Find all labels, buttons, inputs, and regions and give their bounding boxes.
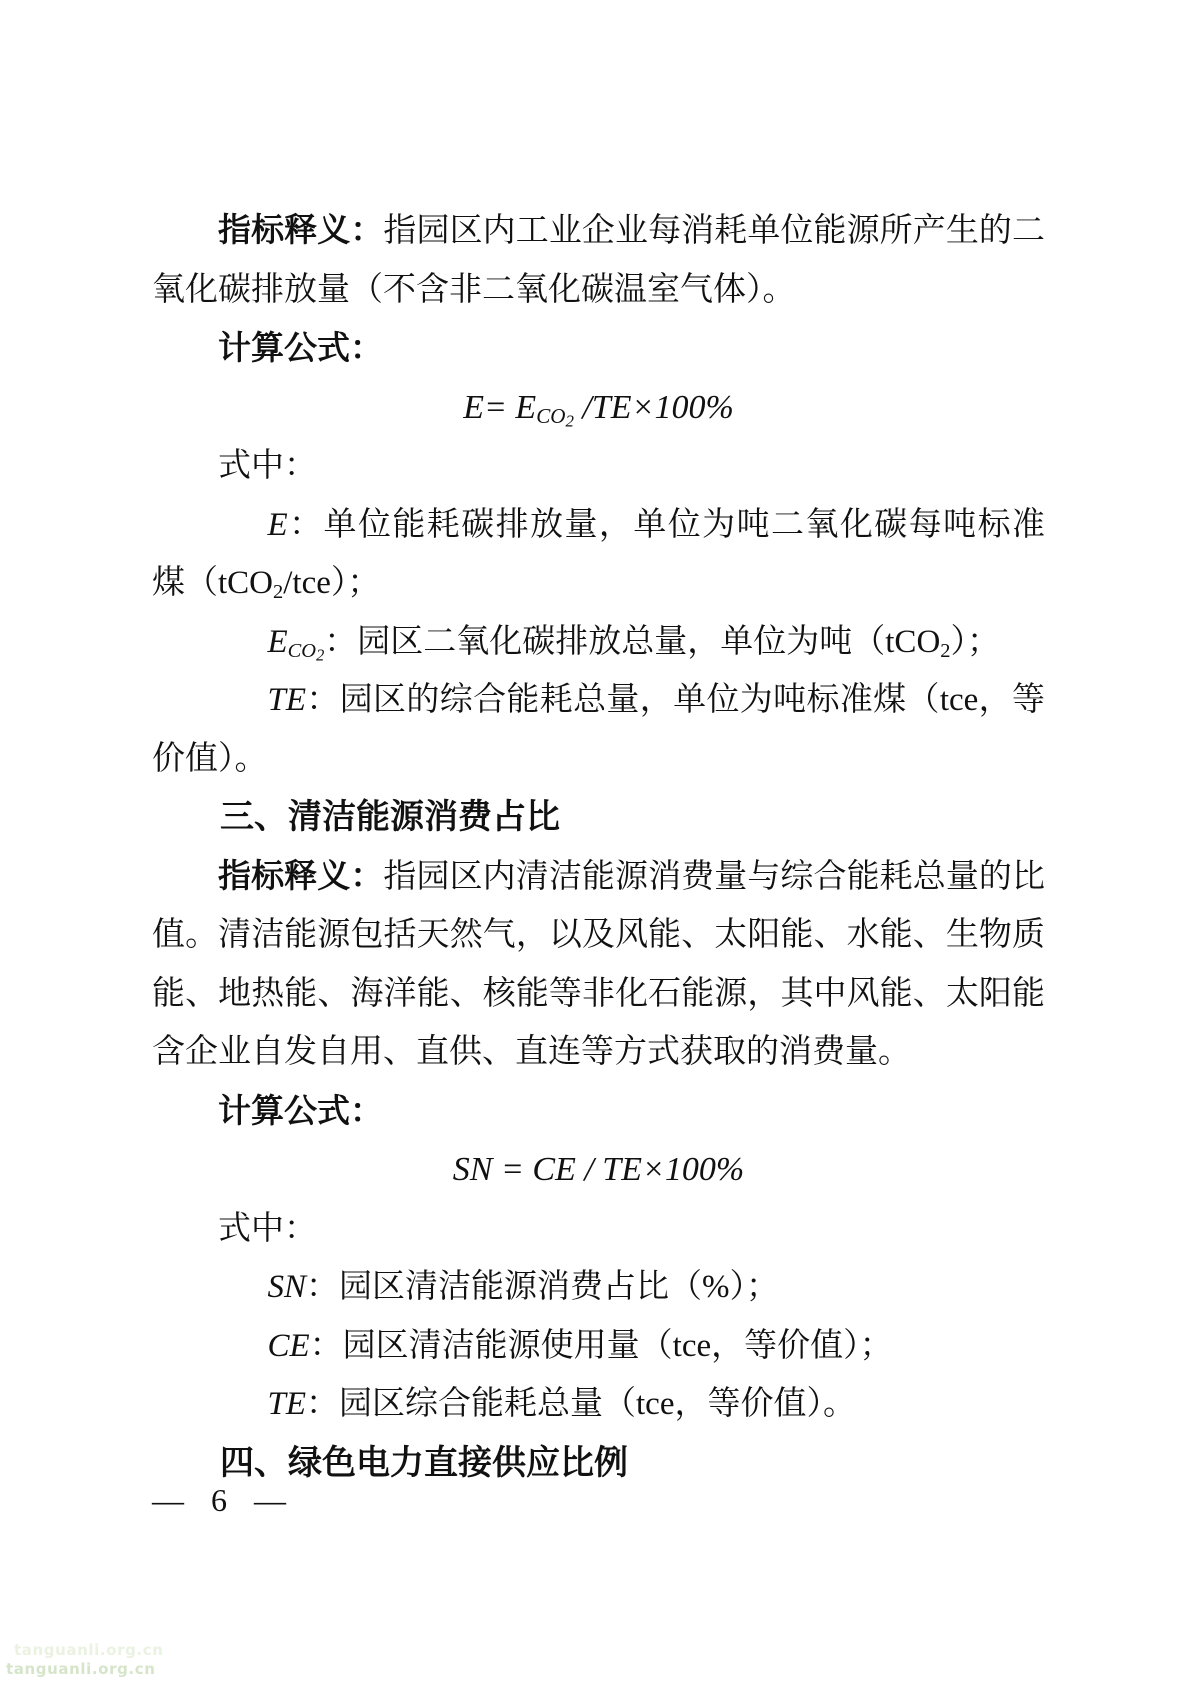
formula-subsubscript: 2 [565,411,573,430]
para-where-s3: 式中： [152,1200,1045,1259]
watermark: tanguanli.org.cn [6,1660,155,1678]
definition-te-text: ：园区综合能耗总量（tce，等价值）。 [306,1386,856,1422]
para-formula-label-s3: 计算公式： [152,1082,1045,1142]
definition-eco2-text: ：园区二氧化碳排放总量，单位为吨（tCO [324,624,940,660]
para-indicator-definition-s3: 指标释义：指园区内清洁能源消费量与综合能耗总量的比值。清洁能源包括天然气，以及风… [152,847,1045,1082]
formula-label: 计算公式： [218,1092,383,1129]
para-formula-label-s2: 计算公式： [152,319,1045,379]
where-label: 式中： [218,1211,317,1247]
page-number: 6 [211,1480,227,1520]
indicator-definition-label: 指标释义： [218,211,383,248]
indicator-definition-label: 指标释义： [218,857,383,894]
definition-eco2: ECO2：园区二氧化碳排放总量，单位为吨（tCO2）； [152,613,1045,672]
page-number-dash-right: — [254,1480,286,1520]
variable-te: TE [268,682,307,718]
formula-run: SN = CE / TE×100% [453,1151,744,1188]
document-body: 指标释义：指园区内工业企业每消耗单位能源所产生的二氧化碳排放量（不含非二氧化碳温… [152,201,1045,1492]
watermark-ghost: tanguanli.org.cn [14,1641,163,1659]
definition-te-s2: TE：园区的综合能耗总量，单位为吨标准煤（tce，等价值）。 [152,671,1045,788]
definition-te-s3: TE：园区综合能耗总量（tce，等价值）。 [152,1375,1045,1434]
unit-subscript: 2 [273,581,283,603]
formula-run: E= E [463,389,536,426]
definition-ce-text: ：园区清洁能源使用量（tce，等价值）； [310,1328,893,1364]
definition-e-tail: /tce）； [283,565,380,601]
formula-carbon-per-unit-energy: E= ECO2 /TE×100% [152,379,1045,438]
unit-subscript: 2 [940,640,950,662]
page-number-dash-left: — [152,1480,184,1520]
heading-section-3: 三、清洁能源消费占比 [152,788,1045,847]
formula-run: /TE×100% [574,389,734,426]
formula-subscript: CO [536,404,565,428]
formula-label: 计算公式： [218,329,383,366]
definition-e: E：单位能耗碳排放量，单位为吨二氧化碳每吨标准煤（tCO2/tce）； [152,496,1045,613]
variable-eco2-subscript: CO [288,640,316,662]
definition-sn: SN：园区清洁能源消费占比（%）； [152,1258,1045,1317]
para-where-s2: 式中： [152,437,1045,496]
document-page: 指标释义：指园区内工业企业每消耗单位能源所产生的二氧化碳排放量（不含非二氧化碳温… [0,0,1190,1683]
variable-te: TE [268,1386,307,1422]
where-label: 式中： [218,448,317,484]
definition-ce: CE：园区清洁能源使用量（tce，等价值）； [152,1317,1045,1376]
variable-ce: CE [268,1328,310,1364]
variable-eco2: E [268,624,288,660]
page-footer: —6— [152,1480,286,1520]
para-indicator-definition-s2: 指标释义：指园区内工业企业每消耗单位能源所产生的二氧化碳排放量（不含非二氧化碳温… [152,201,1045,319]
formula-clean-energy-share: SN = CE / TE×100% [152,1141,1045,1200]
variable-e: E [268,507,288,543]
definition-sn-text: ：园区清洁能源消费占比（%）； [306,1269,779,1305]
definition-eco2-tail: ）； [951,624,1001,660]
variable-sn: SN [268,1269,307,1305]
